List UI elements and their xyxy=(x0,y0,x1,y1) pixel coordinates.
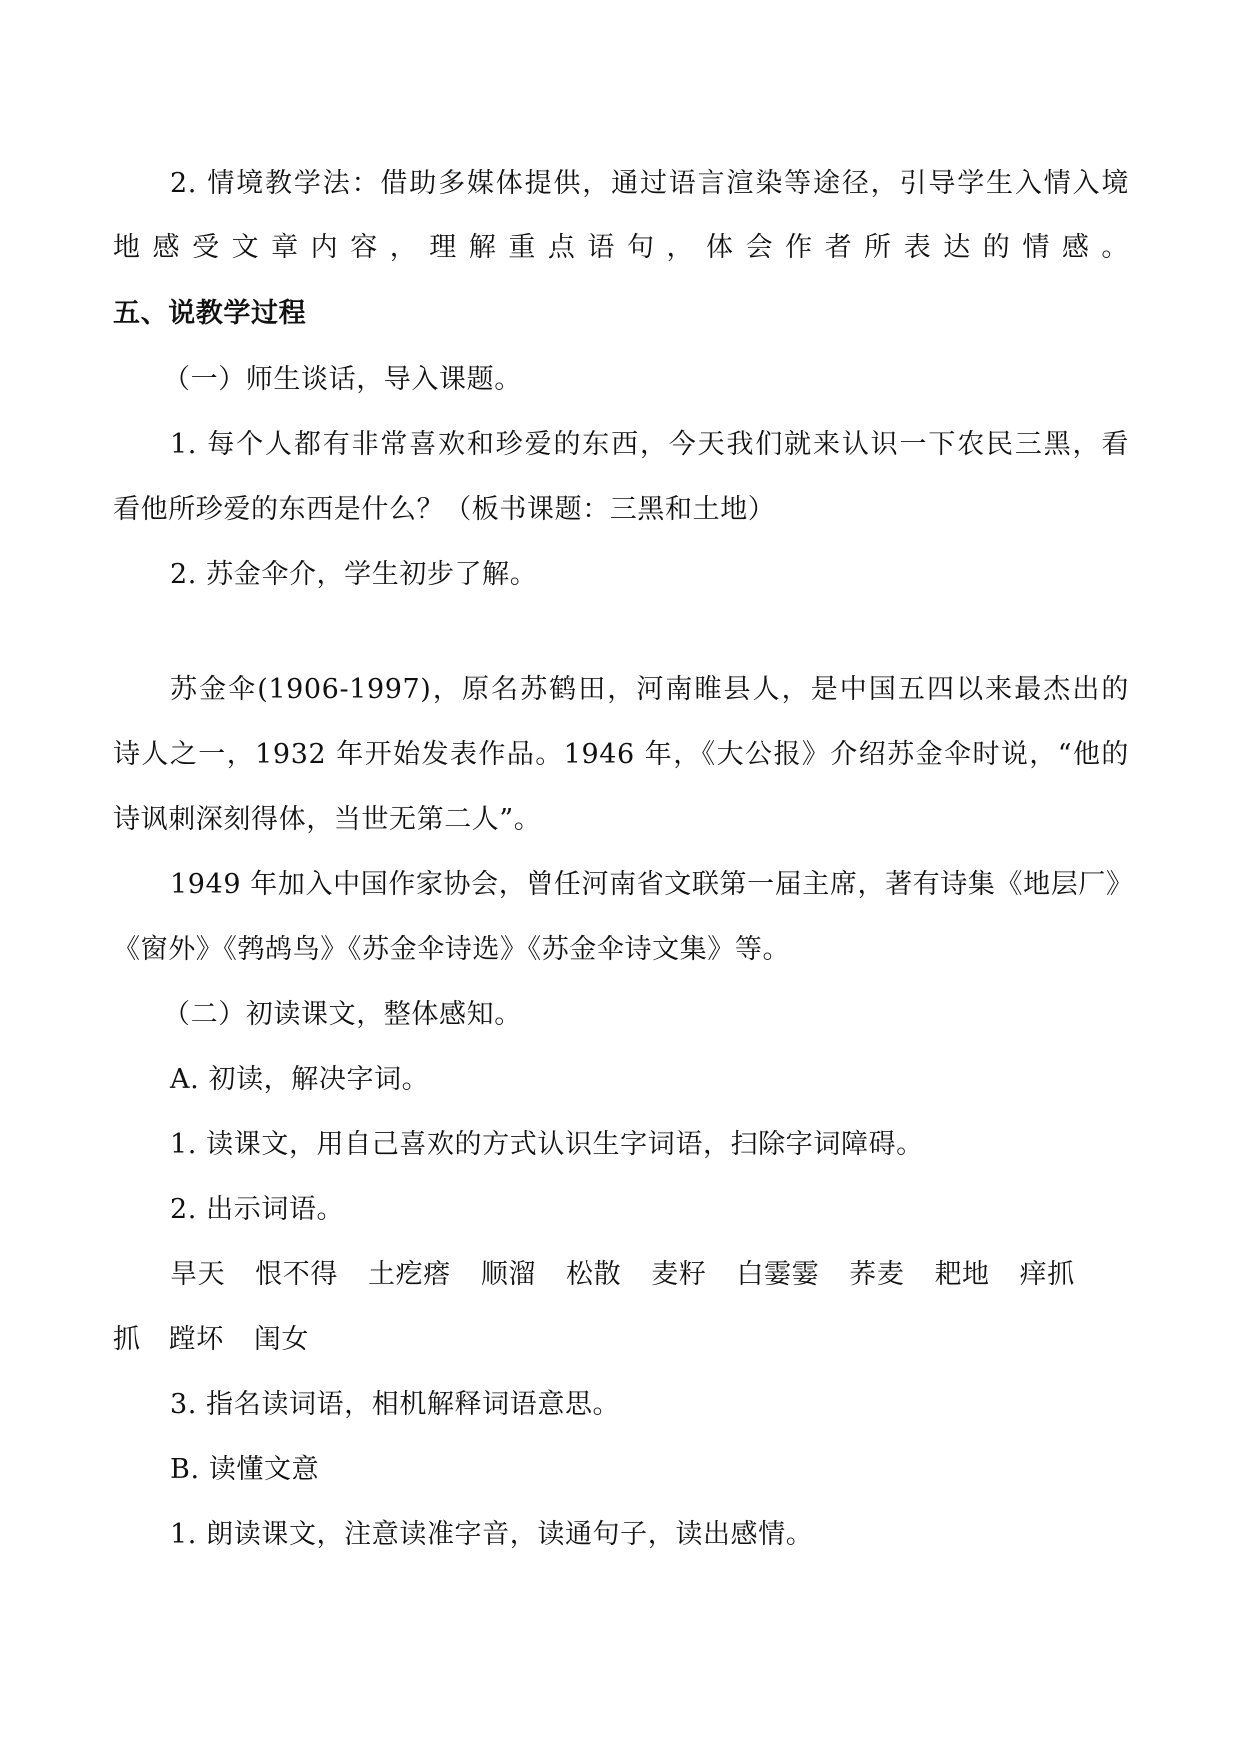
paragraph-line: 看他所珍爱的东西是什么？（板书课题：三黑和土地） xyxy=(113,492,1129,528)
vocab-word: 闺女 xyxy=(254,1322,309,1358)
subsection-heading: （二）初读课文，整体感知。 xyxy=(163,997,1179,1033)
paragraph-line: 《窗外》《鹁鸪鸟》《苏金伞诗选》《苏金伞诗文集》等。 xyxy=(113,932,1129,968)
vocab-word: 蹚坏 xyxy=(169,1322,224,1358)
vocab-word: 土疙瘩 xyxy=(368,1257,451,1293)
paragraph-line: 诗人之一，1932 年开始发表作品。1946 年，《大公报》介绍苏金伞时说，“他… xyxy=(113,737,1129,773)
vocab-word: 麦籽 xyxy=(651,1257,706,1293)
paragraph-line: 1949 年加入中国作家协会，曾任河南省文联第一届主席，著有诗集《地层厂》 xyxy=(170,867,1129,903)
paragraph-line: 3. 指名读词语，相机解释词语意思。 xyxy=(170,1387,1129,1423)
vocab-word: 顺溜 xyxy=(481,1257,536,1293)
vocab-word: 恨不得 xyxy=(255,1257,338,1293)
paragraph-line: 1. 每个人都有非常喜欢和珍爱的东西，今天我们就来认识一下农民三黑，看 xyxy=(170,427,1129,463)
paragraph-line: 诗讽刺深刻得体，当世无第二人”。 xyxy=(113,802,1129,838)
paragraph-line: 2. 出示词语。 xyxy=(170,1192,1129,1228)
vocab-word: 松散 xyxy=(566,1257,621,1293)
paragraph-line: 2. 苏金伞介，学生初步了解。 xyxy=(170,557,1129,593)
vocab-word: 荞麦 xyxy=(849,1257,904,1293)
step-heading: A. 初读，解决字词。 xyxy=(170,1062,1129,1098)
subsection-heading: （一）师生谈话，导入课题。 xyxy=(163,362,1179,398)
paragraph-line: 地感受文章内容，理解重点语句，体会作者所表达的情感。 xyxy=(113,230,1129,266)
vocab-word: 耙地 xyxy=(934,1257,989,1293)
vocab-word: 白霎霎 xyxy=(736,1257,819,1293)
paragraph-line: 2. 情境教学法：借助多媒体提供，通过语言渲染等途径，引导学生入情入境 xyxy=(170,166,1129,202)
step-heading: B. 读懂文意 xyxy=(170,1452,1129,1488)
vocab-list: 旱天恨不得土疙瘩顺溜松散麦籽白霎霎荞麦耙地痒抓 xyxy=(170,1257,1129,1293)
vocab-list-continued: 抓蹚坏闺女 xyxy=(113,1322,1129,1358)
vocab-word: 旱天 xyxy=(170,1257,225,1293)
paragraph-line: 1. 读课文，用自己喜欢的方式认识生字词语，扫除字词障碍。 xyxy=(170,1127,1129,1163)
paragraph-line: 苏金伞(1906-1997)，原名苏鹤田，河南睢县人，是中国五四以来最杰出的 xyxy=(170,672,1129,708)
paragraph-line: 1. 朗读课文，注意读准字音，读通句子，读出感情。 xyxy=(170,1517,1129,1553)
vocab-word: 痒抓 xyxy=(1020,1257,1075,1293)
vocab-word: 抓 xyxy=(113,1322,141,1358)
section-heading: 五、说教学过程 xyxy=(113,296,1129,332)
